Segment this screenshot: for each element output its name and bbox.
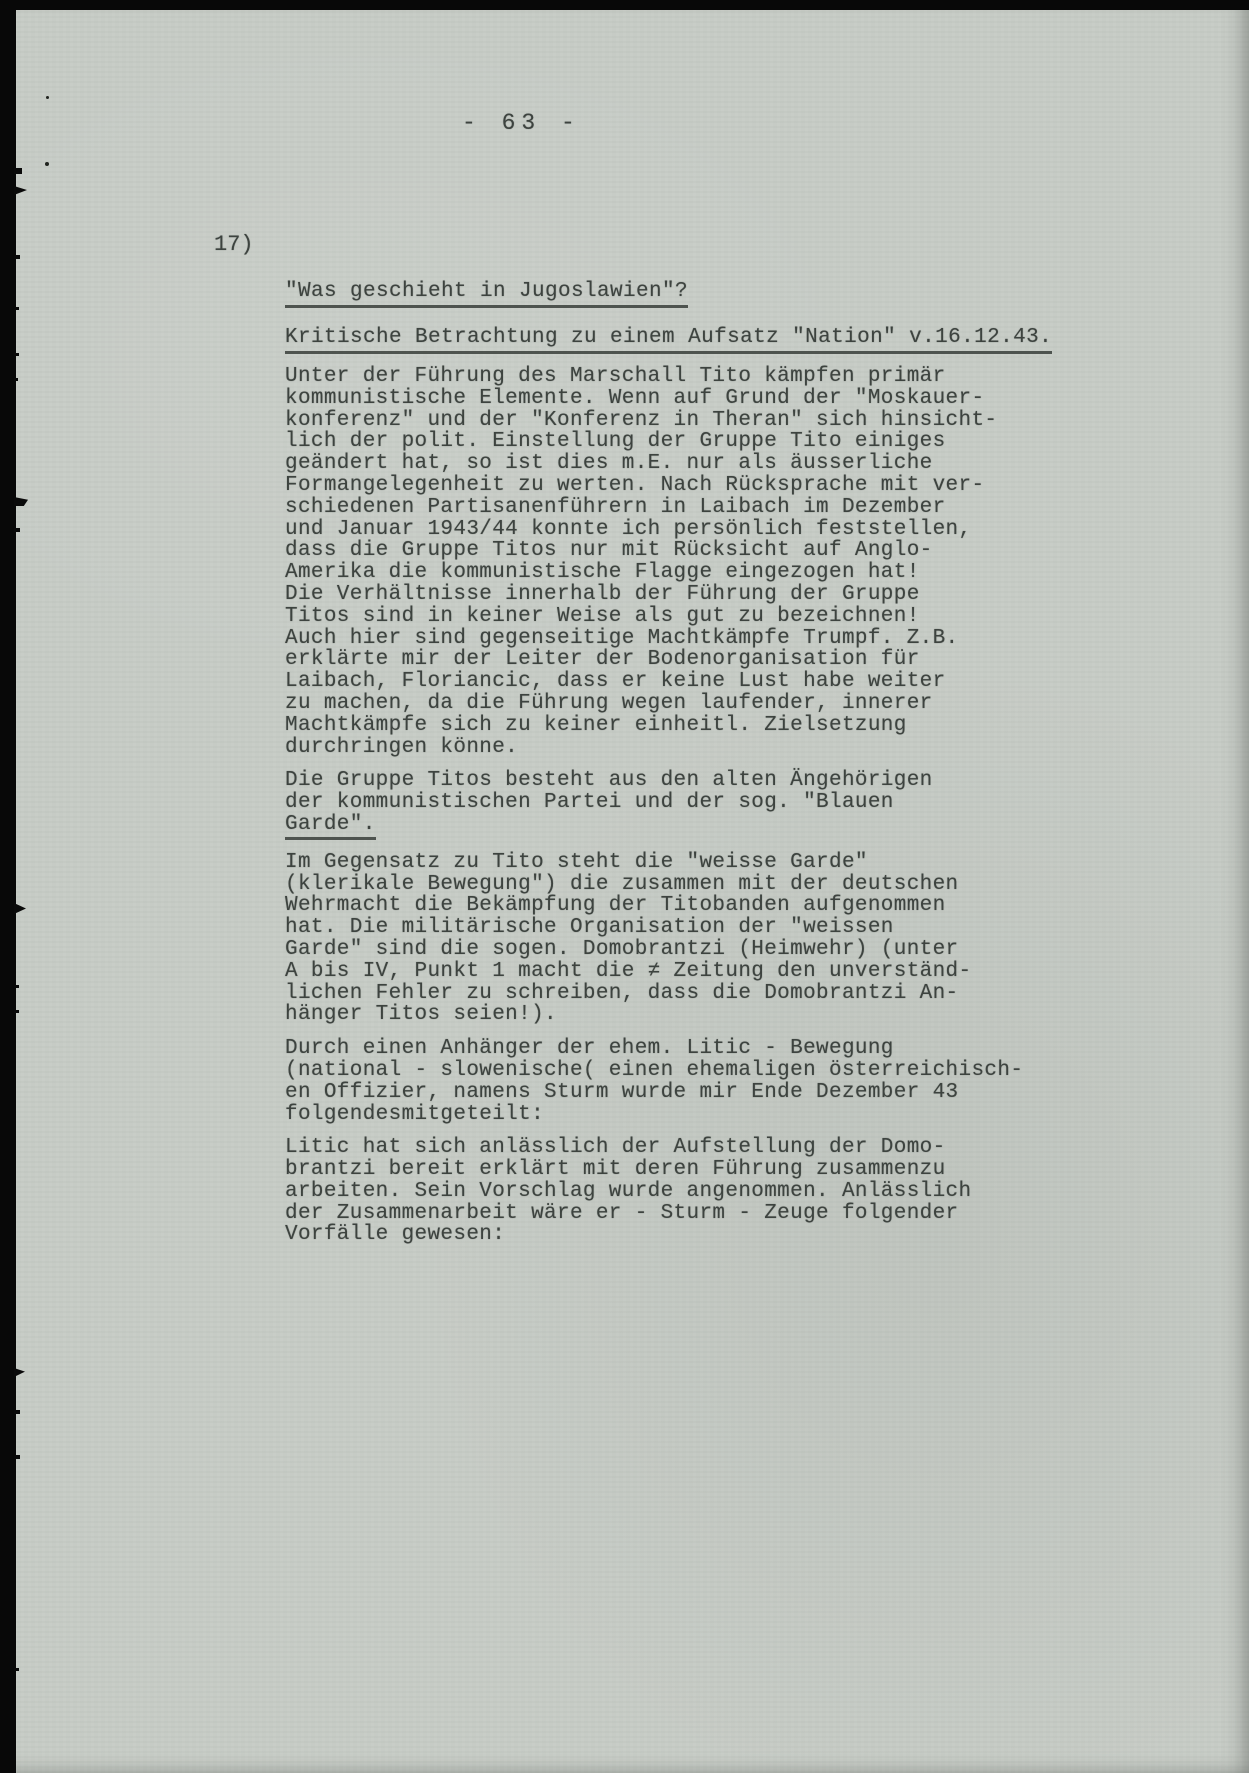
document-subtitle-text: Kritische Betrachtung zu einem Aufsatz "… (285, 326, 1052, 354)
scan-mark (14, 307, 19, 310)
paragraph-text: Die Gruppe Titos besteht aus den alten Ä… (285, 769, 933, 814)
document-title-text: "Was geschieht in Jugoslawien"? (285, 280, 688, 308)
document-body: Unter der Führung des Marschall Tito käm… (285, 366, 1085, 1258)
scan-mark (14, 353, 19, 356)
scan-mark (14, 1010, 19, 1013)
paragraph: Die Gruppe Titos besteht aus den alten Ä… (285, 770, 1085, 839)
scan-mark (14, 528, 20, 532)
scan-mark (14, 985, 19, 988)
paragraph: Unter der Führung des Marschall Tito käm… (285, 366, 1085, 758)
scan-mark (14, 378, 18, 381)
scan-mark (14, 1410, 20, 1414)
scan-edge-left (0, 0, 16, 1773)
scanned-document-page: - 63 - 17) "Was geschieht in Jugoslawien… (0, 0, 1249, 1773)
scan-edge-top (0, 0, 1249, 10)
paper-speck (46, 96, 49, 99)
scan-mark (14, 903, 26, 914)
scan-mark (14, 1368, 25, 1377)
document-subtitle: Kritische Betrachtung zu einem Aufsatz "… (285, 326, 1052, 354)
page-number: - 63 - (462, 110, 581, 136)
paper-speck (45, 162, 49, 166)
scan-mark (14, 186, 27, 195)
scan-mark (14, 1668, 19, 1671)
underlined-phrase: Garde". (285, 814, 376, 840)
scan-mark (14, 255, 20, 259)
scan-mark (14, 1455, 20, 1459)
paragraph: Litic hat sich anlässlich der Aufstellun… (285, 1137, 1085, 1246)
scan-mark (14, 168, 22, 174)
document-title: "Was geschieht in Jugoslawien"? (285, 280, 688, 308)
scan-mark (14, 497, 28, 506)
paragraph: Im Gegensatz zu Tito steht die "weisse G… (285, 852, 1085, 1026)
paragraph: Durch einen Anhänger der ehem. Litic - B… (285, 1038, 1085, 1125)
section-marker: 17) (214, 232, 254, 257)
